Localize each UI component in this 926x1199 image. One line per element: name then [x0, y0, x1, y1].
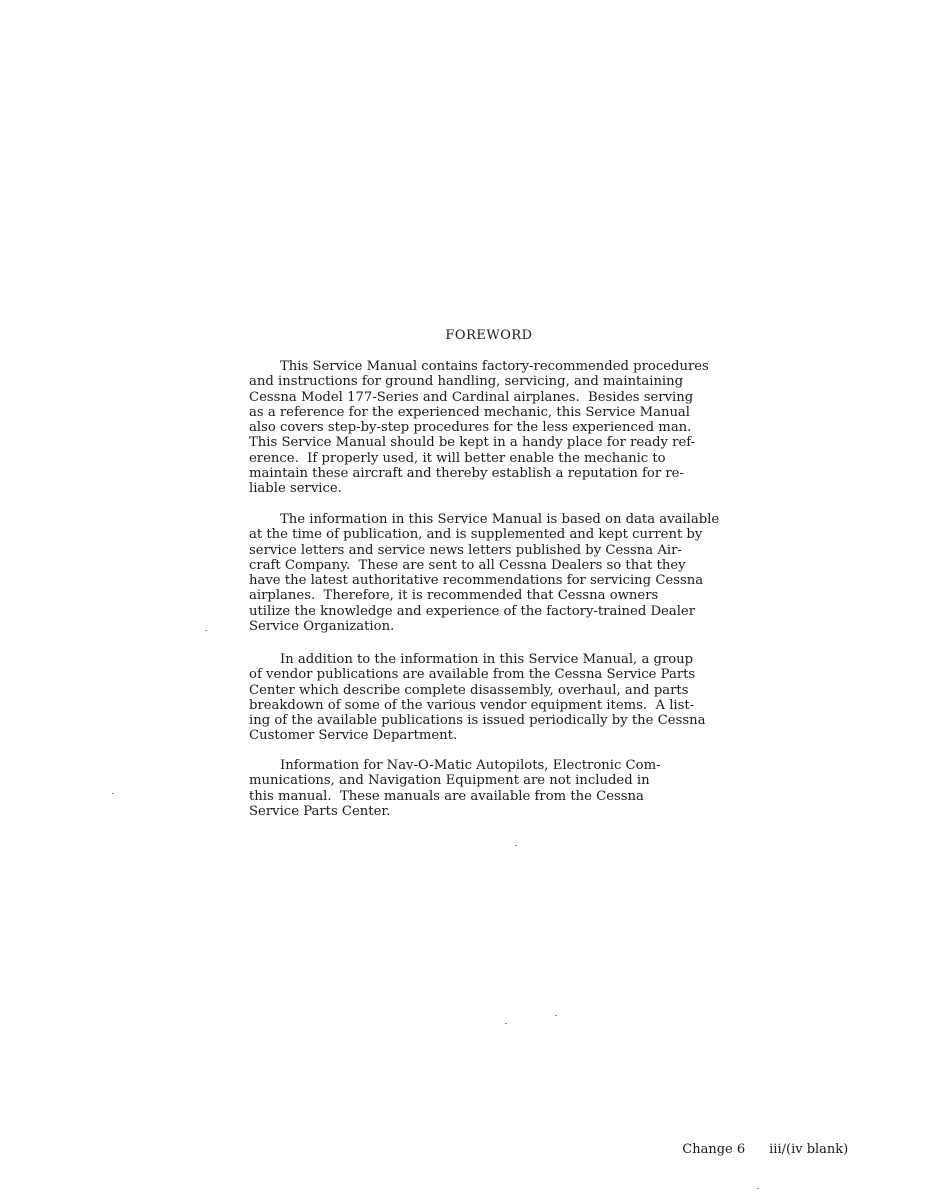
text-line: have the latest authoritative recommenda… — [249, 573, 739, 588]
text-line: munications, and Navigation Equipment ar… — [249, 773, 739, 788]
text-line: at the time of publication, and is suppl… — [249, 527, 739, 542]
text-line: Customer Service Department. — [249, 728, 739, 743]
paragraph-1: This Service Manual contains factory-rec… — [249, 359, 739, 497]
text-line: Service Parts Center. — [249, 804, 739, 819]
paragraph-4: Information for Nav-O-Matic Autopilots, … — [249, 758, 739, 819]
text-line: utilize the knowledge and experience of … — [249, 604, 739, 619]
text-line: craft Company. These are sent to all Ces… — [249, 558, 739, 573]
text-line: erence. If properly used, it will better… — [249, 451, 739, 466]
text-line: Service Organization. — [249, 619, 739, 634]
paragraph-3: In addition to the information in this S… — [249, 652, 739, 744]
text-line: This Service Manual should be kept in a … — [249, 435, 739, 450]
scan-speck — [112, 793, 114, 794]
text-line: airplanes. Therefore, it is recommended … — [249, 588, 739, 603]
text-line: Information for Nav-O-Matic Autopilots, … — [249, 758, 739, 773]
scan-speck — [515, 845, 517, 846]
text-line: ing of the available publications is iss… — [249, 713, 739, 728]
text-line: Center which describe complete disassemb… — [249, 683, 739, 698]
text-line: breakdown of some of the various vendor … — [249, 698, 739, 713]
text-line: and instructions for ground handling, se… — [249, 374, 739, 389]
foreword-title: FOREWORD — [26, 328, 926, 343]
text-line: This Service Manual contains factory-rec… — [249, 359, 739, 374]
text-line: this manual. These manuals are available… — [249, 789, 739, 804]
text-line: Cessna Model 177-Series and Cardinal air… — [249, 390, 739, 405]
page-footer: Change 6iii/(iv blank) — [674, 1127, 872, 1157]
text-line: liable service. — [249, 481, 739, 496]
page-number: iii/(iv blank) — [769, 1142, 848, 1157]
text-line: service letters and service news letters… — [249, 543, 739, 558]
text-line: also covers step-by-step procedures for … — [249, 420, 739, 435]
scan-speck — [505, 1023, 507, 1024]
scan-speck — [555, 1015, 557, 1016]
text-line: The information in this Service Manual i… — [249, 512, 739, 527]
paragraph-2: The information in this Service Manual i… — [249, 512, 739, 634]
text-line: of vendor publications are available fro… — [249, 667, 739, 682]
text-line: as a reference for the experienced mecha… — [249, 405, 739, 420]
scan-speck — [757, 1188, 759, 1189]
scan-speck — [205, 630, 207, 631]
text-line: maintain these aircraft and thereby esta… — [249, 466, 739, 481]
text-line: In addition to the information in this S… — [249, 652, 739, 667]
change-number: Change 6 — [682, 1142, 745, 1157]
